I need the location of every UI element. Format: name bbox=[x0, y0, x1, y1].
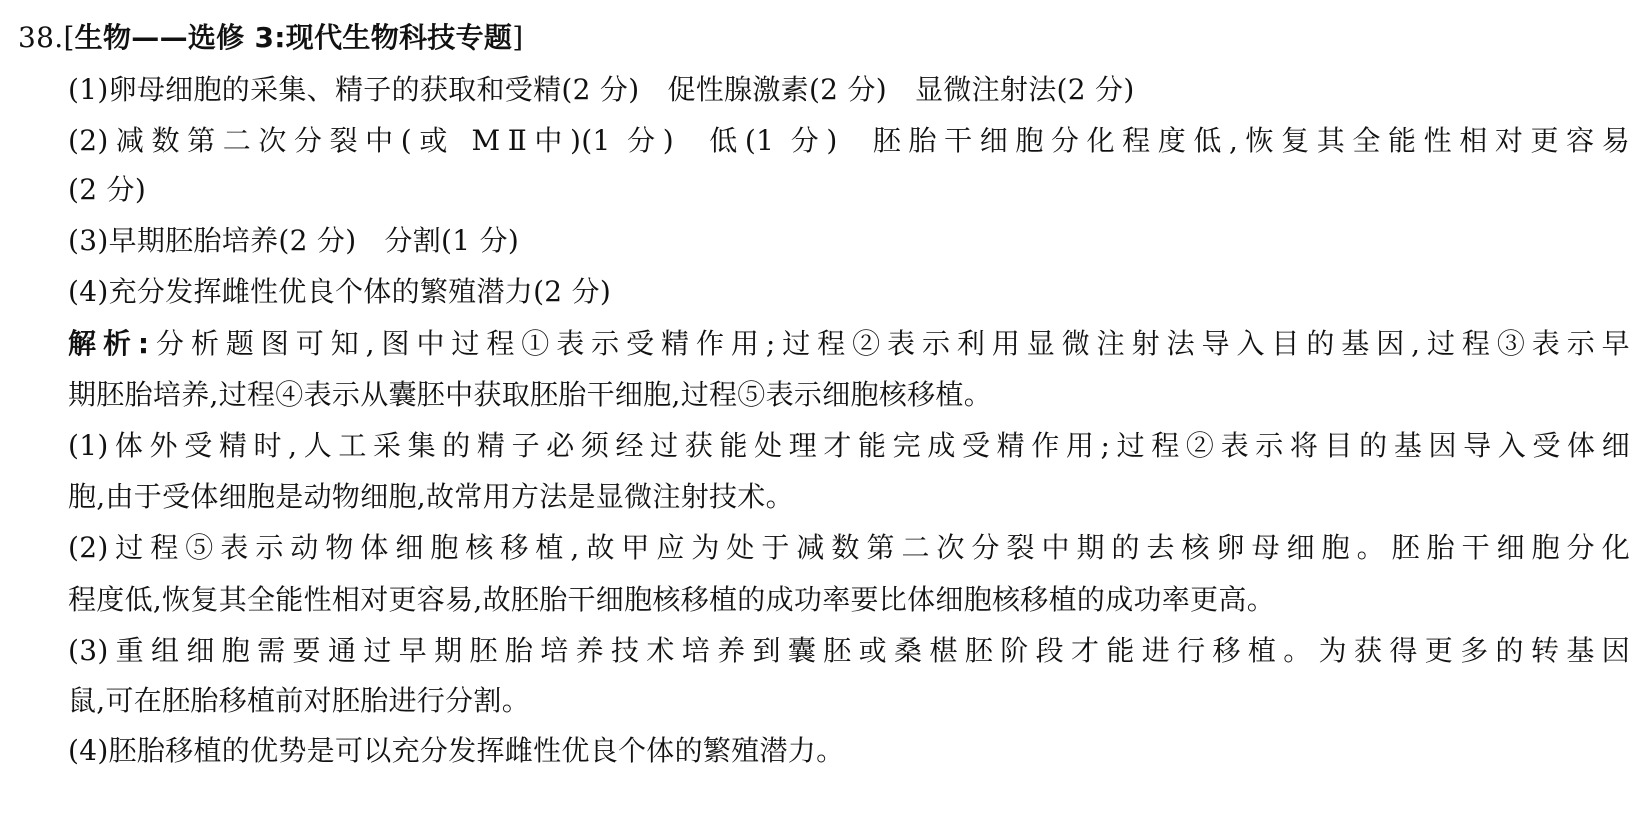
question-title: 生物——选修 3:现代生物科技专题 bbox=[75, 21, 513, 54]
answer-part: 减数第二次分裂中(或 MⅡ中)(1 分) bbox=[109, 124, 674, 157]
analysis-text: 期胚胎培养,过程④表示从囊胚中获取胚胎干细胞,过程⑤表示细胞核移植。 bbox=[68, 378, 992, 411]
analysis-text: (4)胚胎移植的优势是可以充分发挥雌性优良个体的繁殖潜力。 bbox=[68, 734, 844, 767]
answer-1: (1)卵母细胞的采集、精子的获取和受精(2 分)促性腺激素(2 分)显微注射法(… bbox=[68, 70, 1135, 110]
question-number: 38. bbox=[18, 21, 63, 54]
bracket-open: [ bbox=[63, 21, 74, 54]
answer-id: (3) bbox=[68, 224, 109, 257]
answer-2-continuation: (2 分) bbox=[68, 170, 146, 210]
answer-id: (4) bbox=[68, 275, 109, 308]
answer-part: 充分发挥雌性优良个体的繁殖潜力(2 分) bbox=[109, 275, 612, 308]
analysis-text: (1)体外受精时,人工采集的精子必须经过获能处理才能完成受精作用;过程②表示将目… bbox=[68, 429, 1630, 462]
answer-part: 促性腺激素(2 分) bbox=[667, 73, 887, 106]
analysis-text: (2)过程⑤表示动物体细胞核移植,故甲应为处于减数第二次分裂中期的去核卵母细胞。… bbox=[68, 531, 1630, 564]
answer-4: (4)充分发挥雌性优良个体的繁殖潜力(2 分) bbox=[68, 272, 611, 312]
answer-part: 分割(1 分) bbox=[384, 224, 519, 257]
answer-3: (3)早期胚胎培养(2 分)分割(1 分) bbox=[68, 221, 519, 261]
answer-part: 早期胚胎培养(2 分) bbox=[109, 224, 357, 257]
answer-key-page: 38.[生物——选修 3:现代生物科技专题] (1)卵母细胞的采集、精子的获取和… bbox=[0, 0, 1642, 816]
analysis-item-2-line-1: (2)过程⑤表示动物体细胞核移植,故甲应为处于减数第二次分裂中期的去核卵母细胞。… bbox=[68, 528, 1630, 568]
analysis-item-3-line-2: 鼠,可在胚胎移植前对胚胎进行分割。 bbox=[68, 681, 530, 721]
analysis-item-1-line-1: (1)体外受精时,人工采集的精子必须经过获能处理才能完成受精作用;过程②表示将目… bbox=[68, 426, 1630, 466]
question-header: 38.[生物——选修 3:现代生物科技专题] bbox=[18, 18, 523, 58]
analysis-intro-line-1: 解析:分析题图可知,图中过程①表示受精作用;过程②表示利用显微注射法导入目的基因… bbox=[68, 324, 1630, 364]
analysis-text: (3)重组细胞需要通过早期胚胎培养技术培养到囊胚或桑椹胚阶段才能进行移植。为获得… bbox=[68, 634, 1630, 667]
analysis-item-1-line-2: 胞,由于受体细胞是动物细胞,故常用方法是显微注射技术。 bbox=[68, 477, 794, 517]
answer-part: 显微注射法(2 分) bbox=[915, 73, 1135, 106]
analysis-intro-line-2: 期胚胎培养,过程④表示从囊胚中获取胚胎干细胞,过程⑤表示细胞核移植。 bbox=[68, 375, 992, 415]
answer-part: (2 分) bbox=[68, 173, 146, 206]
analysis-item-3-line-1: (3)重组细胞需要通过早期胚胎培养技术培养到囊胚或桑椹胚阶段才能进行移植。为获得… bbox=[68, 631, 1630, 671]
analysis-text: 鼠,可在胚胎移植前对胚胎进行分割。 bbox=[68, 684, 530, 717]
answer-2: (2)减数第二次分裂中(或 MⅡ中)(1 分)低(1 分)胚胎干细胞分化程度低,… bbox=[68, 121, 1630, 161]
bracket-close: ] bbox=[512, 21, 523, 54]
answer-part: 低(1 分) bbox=[702, 124, 838, 157]
analysis-item-4-line-1: (4)胚胎移植的优势是可以充分发挥雌性优良个体的繁殖潜力。 bbox=[68, 731, 844, 771]
answer-id: (1) bbox=[68, 73, 109, 106]
analysis-text: 程度低,恢复其全能性相对更容易,故胚胎干细胞核移植的成功率要比体细胞核移植的成功… bbox=[68, 583, 1275, 616]
analysis-text: 分析题图可知,图中过程①表示受精作用;过程②表示利用显微注射法导入目的基因,过程… bbox=[149, 327, 1630, 360]
analysis-item-2-line-2: 程度低,恢复其全能性相对更容易,故胚胎干细胞核移植的成功率要比体细胞核移植的成功… bbox=[68, 580, 1275, 620]
analysis-label: 解析: bbox=[68, 327, 149, 360]
answer-part: 胚胎干细胞分化程度低,恢复其全能性相对更容易 bbox=[866, 124, 1630, 157]
answer-part: 卵母细胞的采集、精子的获取和受精(2 分) bbox=[109, 73, 640, 106]
analysis-text: 胞,由于受体细胞是动物细胞,故常用方法是显微注射技术。 bbox=[68, 480, 794, 513]
answer-id: (2) bbox=[68, 124, 109, 157]
